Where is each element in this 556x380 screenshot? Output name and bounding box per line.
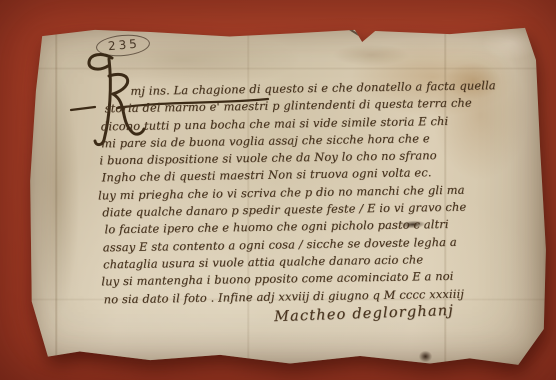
pen-mark [345,26,363,38]
fold-crease-left [55,22,58,367]
paper-sheet: 235 mj ins. La chagione di questo si e c… [26,22,548,367]
paper-stain [326,42,416,68]
manuscript-photograph: 235 mj ins. La chagione di questo si e c… [0,0,556,380]
letter-body-text: mj ins. La chagione di questo si e che d… [100,77,533,309]
signature-matteo-degli-organi: Mactheo deglorghanj [274,303,454,325]
manuscript-paper: 235 mj ins. La chagione di questo si e c… [26,22,548,367]
ink-blot [418,350,433,363]
